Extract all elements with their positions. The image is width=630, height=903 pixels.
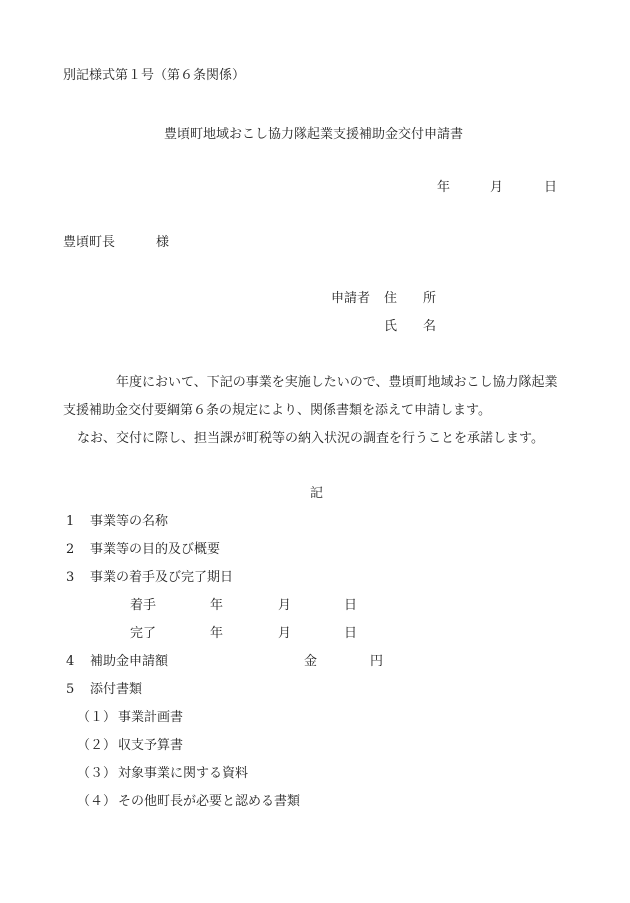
addressee-name: 豊頃町長 <box>63 235 115 251</box>
body-line-3: なお、交付に際し、担当課が町税等の納入状況の調査を行うことを承諾します。 <box>77 431 544 447</box>
body-line-2: 支援補助金交付要綱第６条の規定により、関係書類を添えて申請します。 <box>63 403 491 419</box>
attachment-label: 対象事業に関する資料 <box>118 766 248 782</box>
item-number: 5 <box>66 682 74 698</box>
attachment-number: （１） <box>77 710 116 726</box>
attachment-label: 収支予算書 <box>118 738 183 754</box>
item-label: 補助金申請額 <box>90 654 168 670</box>
body-line-1: 年度において、下記の事業を実施したいので、豊頃町地域おこし協力隊起業 <box>116 375 557 391</box>
item-number: 3 <box>66 570 74 586</box>
end-month-label: 月 <box>278 626 291 642</box>
address-label-2: 所 <box>423 291 436 307</box>
item-label: 事業等の名称 <box>90 514 168 530</box>
end-day-label: 日 <box>344 626 357 642</box>
attachment-number: （３） <box>77 766 116 782</box>
start-label: 着手 <box>130 598 156 614</box>
name-label-1: 氏 <box>384 319 397 335</box>
ki-heading: 記 <box>310 486 323 502</box>
amount-unit: 円 <box>370 654 383 670</box>
start-day-label: 日 <box>344 598 357 614</box>
date-year-label: 年 <box>437 180 450 196</box>
item-label: 事業の着手及び完了期日 <box>90 570 233 586</box>
attachment-label: 事業計画書 <box>118 710 183 726</box>
item-number: 1 <box>66 514 74 530</box>
item-label: 添付書類 <box>90 682 142 698</box>
item-number: 4 <box>66 654 74 670</box>
end-label: 完了 <box>130 626 156 642</box>
date-day-label: 日 <box>544 180 557 196</box>
amount-prefix: 金 <box>304 654 317 670</box>
document-title: 豊頃町地域おこし協力隊起業支援補助金交付申請書 <box>164 127 463 143</box>
addressee-honorific: 様 <box>156 235 169 251</box>
form-number: 別記様式第１号（第６条関係） <box>63 68 245 84</box>
attachment-label: その他町長が必要と認める書類 <box>118 794 300 810</box>
name-label-2: 名 <box>423 319 436 335</box>
item-number: 2 <box>66 542 74 558</box>
end-year-label: 年 <box>210 626 223 642</box>
attachment-number: （２） <box>77 738 116 754</box>
address-label-1: 住 <box>384 291 397 307</box>
attachment-number: （４） <box>77 794 116 810</box>
applicant-label: 申請者 <box>331 291 370 307</box>
item-label: 事業等の目的及び概要 <box>90 542 220 558</box>
start-month-label: 月 <box>278 598 291 614</box>
start-year-label: 年 <box>210 598 223 614</box>
date-month-label: 月 <box>490 180 503 196</box>
